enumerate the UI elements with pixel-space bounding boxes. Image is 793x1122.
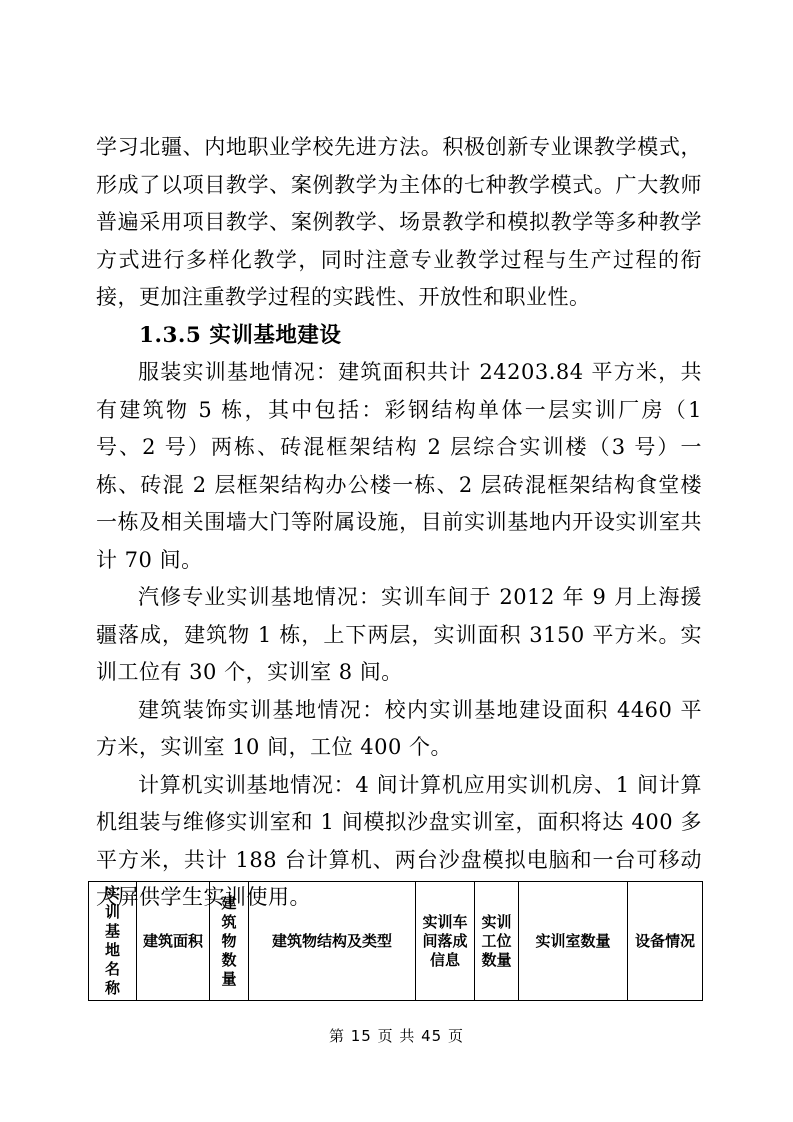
column-header-training-room-count-label: 实训室数量 [535,932,610,951]
training-base-table: 实训基地名称 建筑面积 建筑物数量 建筑物结构及类型 实训车间落成信息 [88,881,703,1001]
page-footer: 第 15 页 共 45 页 [0,1026,793,1046]
training-base-table-wrap: 实训基地名称 建筑面积 建筑物数量 建筑物结构及类型 实训车间落成信息 [88,881,703,1001]
column-header-training-room-count: 实训室数量 [519,882,628,1001]
body-paragraph-auto-repair-base: 汽修专业实训基地情况：实训车间于 2012 年 9 月上海援疆落成，建筑物 1 … [96,579,702,692]
section-heading: 1.3.5 实训基地建设 [96,317,702,355]
column-header-workshop-completion-info-label: 实训车间落成信息 [420,913,471,970]
document-page: 学习北疆、内地职业学校先进方法。积极创新专业课教学模式，形成了以项目教学、案例教… [0,0,793,1122]
column-header-base-name: 实训基地名称 [89,882,137,1001]
column-header-workstation-count-label: 实训工位数量 [479,913,514,970]
column-header-building-count-label: 建筑物数量 [220,894,238,989]
column-header-building-area-label: 建筑面积 [143,932,203,951]
column-header-equipment-status: 设备情况 [628,882,703,1001]
table-header-row: 实训基地名称 建筑面积 建筑物数量 建筑物结构及类型 实训车间落成信息 [89,882,703,1001]
column-header-building-structure-type: 建筑物结构及类型 [249,882,416,1001]
continuation-paragraph: 学习北疆、内地职业学校先进方法。积极创新专业课教学模式，形成了以项目教学、案例教… [96,129,702,317]
body-paragraph-garment-base: 服装实训基地情况：建筑面积共计 24203.84 平方米，共有建筑物 5 栋，其… [96,354,702,579]
column-header-building-structure-type-label: 建筑物结构及类型 [272,932,392,951]
column-header-building-count: 建筑物数量 [210,882,249,1001]
column-header-base-name-label: 实训基地名称 [104,884,122,998]
column-header-workstation-count: 实训工位数量 [475,882,519,1001]
column-header-building-area: 建筑面积 [137,882,210,1001]
column-header-workshop-completion-info: 实训车间落成信息 [416,882,475,1001]
column-header-equipment-status-label: 设备情况 [635,932,695,951]
body-paragraph-architecture-base: 建筑装饰实训基地情况：校内实训基地建设面积 4460 平方米，实训室 10 间，… [96,692,702,767]
document-content: 学习北疆、内地职业学校先进方法。积极创新专业课教学模式，形成了以项目教学、案例教… [96,129,702,917]
